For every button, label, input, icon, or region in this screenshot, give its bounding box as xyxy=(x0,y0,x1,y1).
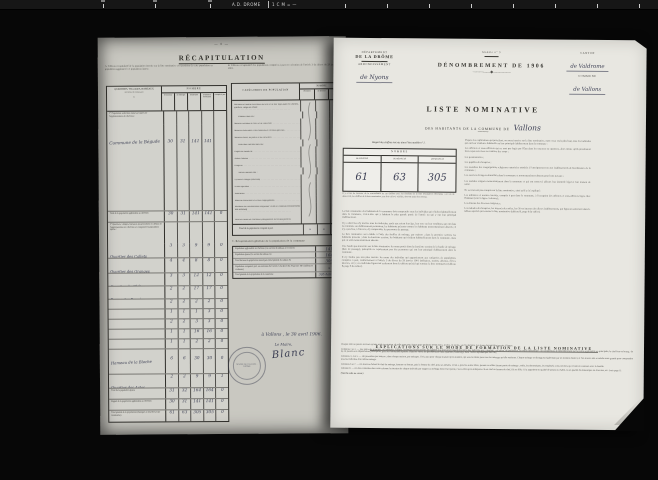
explications-body: Chaque nom ne pourra recevoir qu'une seu… xyxy=(341,344,633,378)
cell-value: 2 xyxy=(166,374,179,387)
category-row: Asiles d'aliénés xyxy=(232,158,300,161)
cell-value: 2 xyxy=(178,319,191,328)
cell-value: 305 xyxy=(204,410,217,421)
cell-value: 0 xyxy=(216,349,228,373)
cell-value: 4 xyxy=(178,258,191,272)
commune-label: COMMUNE xyxy=(551,75,623,79)
cell-value: 0 xyxy=(216,319,228,328)
section-c-row: Total général de la population de la com… xyxy=(233,272,342,277)
agglo-entry-name: Commune de la Bégude xyxy=(109,139,160,146)
ruler-tick xyxy=(639,4,640,8)
cell-value: 32 xyxy=(179,388,192,398)
ruler-tick xyxy=(597,4,598,8)
rappel-table: NOMBRE DE MAISONS DE MÉNAGES D'HABITANTS… xyxy=(342,148,456,193)
table-row: Ferme des Bruyères 2 2 17 17 0 xyxy=(108,286,227,300)
cell-value: 2 xyxy=(165,286,178,298)
cell-value: 3 xyxy=(191,319,204,328)
section2-label: 2° Quartiers, villages, hameaux (écarts)… xyxy=(108,222,165,243)
cell-value: 4 xyxy=(165,258,178,272)
section1-label: 1° Population renfermée dans les limites… xyxy=(107,111,164,124)
canton-commune-block: CANTON de Valdrome COMMUNE de Vallons xyxy=(551,52,623,97)
table-row: Quartier des Granges 4 4 8 8 0 xyxy=(108,258,227,274)
cell-value: 1 xyxy=(178,309,191,318)
table-a-subcol: population municipale xyxy=(201,93,214,110)
cell-value: 3 xyxy=(203,319,216,328)
departement-block: DÉPARTEMENT DE LA DRÔME ARRONDISSEMENT d… xyxy=(343,51,405,85)
table-row: Quartier des Aytes 2 2 9 9 1 xyxy=(109,374,228,389)
page-corner-cut-bottom xyxy=(614,397,644,431)
table-b-header: CATÉGORIES DE POPULATION NOMBRE d'hommes… xyxy=(232,83,343,101)
cell-value: 0 xyxy=(217,410,229,421)
section-c-label: Total formant la population municipale (… xyxy=(233,258,315,264)
category-row: Militaires et marins des armées de terre… xyxy=(232,104,300,112)
table-b-body: Militaires et marins des armées de terre… xyxy=(232,100,344,224)
rappel-agglo-label: Rappel de la population agglomérée au ch… xyxy=(109,399,166,409)
divider xyxy=(362,60,388,61)
table-b-total-row: Total de la population comptée à part » … xyxy=(233,223,344,235)
rappel-caption: Rappel des chiffres inscrits dans l'état… xyxy=(343,141,455,145)
ruler-tick xyxy=(345,4,346,8)
cell-value: 141 xyxy=(204,399,217,409)
category-row: Lycées et collèges (internats) xyxy=(233,179,301,182)
total-eparse-label: Total de la population éparse xyxy=(109,388,166,398)
category-row: Maisons d'arrêt, de justice et de correc… xyxy=(232,137,300,140)
cell-value: 164 xyxy=(204,388,217,398)
cell-value: 3 xyxy=(165,273,178,285)
list-line: Les pensionnaires ; xyxy=(465,155,591,159)
flourish-ornament: —————◆————— xyxy=(433,68,549,74)
cell-value: 1 xyxy=(191,309,204,318)
agglo-value: 31 xyxy=(177,124,190,210)
table-b-total-label: Total de la population comptée à part xyxy=(233,224,303,234)
section-c-label: Population agglomérée au chef-lieu (1re … xyxy=(233,246,315,252)
cell-value: 1 xyxy=(166,339,179,348)
paragraph: D'après les explications qui précèdent, … xyxy=(465,139,591,146)
cell-value: 9 xyxy=(204,374,217,387)
cell-value: 0 xyxy=(216,339,228,348)
total-agglo-label: Total de la population agglomérée au che… xyxy=(108,211,165,221)
cell-value: 2 xyxy=(166,319,179,328)
list-line: Les détenus des diverses catégories ; xyxy=(464,202,590,206)
cell-value: 3 xyxy=(178,243,191,257)
cell-value: 1 xyxy=(178,329,191,338)
total-agglo-value: 31 xyxy=(178,211,191,221)
total-agglo-value: 141 xyxy=(203,211,216,221)
ruler-tick xyxy=(513,4,514,8)
total-agglo-value: 141 xyxy=(190,211,203,221)
table-a-subcol: comptés à part xyxy=(214,93,226,110)
cell-value: 0 xyxy=(215,243,227,257)
table-a-subcol: de maisons xyxy=(162,93,175,110)
ruler-tick-label xyxy=(208,0,212,2)
table-row-rappel-agglo: Rappel de la population agglomérée au ch… xyxy=(109,399,228,411)
liste-title: LISTE NOMINATIVE xyxy=(426,104,539,114)
note-b: B. Tableau récapitulatif des populations… xyxy=(228,63,338,70)
rappel-col-header: DE MÉNAGES xyxy=(381,156,419,162)
agglo-value: 141 xyxy=(189,124,202,210)
ruler-tick xyxy=(429,4,430,8)
page-corner-cut-top xyxy=(634,39,648,49)
table-a-subcol: de ménages xyxy=(175,93,188,110)
list-line: Les malades des hospices, les internés d… xyxy=(464,207,590,214)
cell-value: 0 xyxy=(216,388,228,398)
canton-value: de Valdrome xyxy=(566,64,608,72)
table-row-total-agglo: Total de la population agglomérée au che… xyxy=(108,210,227,223)
agglo-value xyxy=(215,124,227,210)
section-c-title: C. Récapitulation générale de la populat… xyxy=(232,239,343,243)
list-line: Les officiers et sous-officiers qui ne s… xyxy=(465,147,591,154)
cell-value: 6 xyxy=(166,349,179,373)
table-a-subcol: d'individus xyxy=(188,93,201,110)
cell-value: 0 xyxy=(216,309,228,318)
cell-value: 2 xyxy=(179,374,192,387)
paragraph: Il n'y faudra pas non plus inscrire les … xyxy=(342,256,456,269)
cell-value: 1 xyxy=(216,374,228,387)
category-row: Séminaires xyxy=(233,193,301,196)
center-header-block: Modèle n° 9 DÉNOMBREMENT DE 1906 —————◆—… xyxy=(433,51,549,75)
table-b-total-value: » xyxy=(303,224,317,234)
cell-value: 17 xyxy=(191,286,204,298)
list-line: Les pupilles des hospices ; xyxy=(465,161,591,165)
eparse-name: Quartier des Aytes xyxy=(111,386,145,388)
cell-value: 12 xyxy=(203,273,216,285)
cell-value: 9 xyxy=(191,374,204,387)
scan-ruler-bar: A.D. DROME 1 C M = — xyxy=(0,0,658,10)
cell-value: 0 xyxy=(216,273,228,285)
cell-value: 2 xyxy=(178,286,191,298)
category-row: Écoles spéciales xyxy=(233,186,301,189)
cell-value: 2 xyxy=(166,299,179,308)
category-group: Détenus dans les : xyxy=(232,116,302,119)
table-b-subcol: de femmes xyxy=(315,89,330,99)
table-row-total-eparse: Total de la population éparse 31 32 164 … xyxy=(109,388,228,400)
cell-value: 9 xyxy=(190,243,203,257)
category-row: Maisons centrales de force et de correct… xyxy=(232,123,300,126)
cell-value: 2 xyxy=(191,299,204,308)
cell-value: 30 xyxy=(191,349,204,373)
liste-nominative-page: DÉPARTEMENT DE LA DRÔME ARRONDISSEMENT d… xyxy=(330,38,646,431)
total-agglo-value: 30 xyxy=(165,211,178,221)
table-a-col-subtitle: (sections de commune) xyxy=(107,91,161,94)
ruler-scale-label: 1 C M = — xyxy=(268,1,297,8)
departement-value: DE LA DRÔME xyxy=(344,54,406,60)
arrondissement-value: de Nyons xyxy=(356,74,393,83)
cell-value: 3 xyxy=(165,243,178,257)
cell-value: 2 xyxy=(204,339,217,348)
ruler-tick xyxy=(103,4,104,8)
cell-value: 2 xyxy=(191,339,204,348)
rappel-value-maisons: 61 xyxy=(343,163,381,191)
ruler-tick-label xyxy=(153,0,157,2)
ruler-tick-label xyxy=(101,0,105,2)
table-a-header: QUARTIERS, VILLAGES, HAMEAUX (sections d… xyxy=(107,86,226,112)
category-row: Maisons d'éducation et écoles congrégani… xyxy=(233,200,301,203)
section-c-table: Population agglomérée au chef-lieu (1re … xyxy=(232,245,343,278)
explications-footer: (Voir la suite au verso.) xyxy=(341,373,633,378)
commune-value: de Vallons xyxy=(569,87,605,95)
modele-label: Modèle n° 9 xyxy=(434,51,550,55)
list-line: Les membres des congrégations religieuse… xyxy=(465,166,591,173)
table-b: CATÉGORIES DE POPULATION NOMBRE d'hommes… xyxy=(231,82,345,236)
section-c-label: Total général de la population de la com… xyxy=(233,272,315,277)
paragraph: La liste nominative sera établie à l'aid… xyxy=(342,233,456,243)
category-group: Individus internés dans les : xyxy=(232,144,302,147)
total-agglo-value: 0 xyxy=(215,211,227,221)
eparse-name: Hameau de la Blache xyxy=(111,359,152,366)
list-line: Les malades soignés momentanément dans l… xyxy=(464,179,590,186)
cell-value: 3 xyxy=(203,309,216,318)
table-a: QUARTIERS, VILLAGES, HAMEAUX (sections d… xyxy=(106,85,229,423)
category-row: Membres des communautés religieuses viva… xyxy=(233,206,301,214)
category-row: Ouvriers réunis en chambrée (entrepreneu… xyxy=(233,218,301,224)
cell-value: 9 xyxy=(203,243,216,257)
agglo-value: 30 xyxy=(164,124,177,210)
total-general-label: Total général de la population (identiqu… xyxy=(109,410,166,421)
paragraph: Il ne faudra pas transcrire sur la liste… xyxy=(342,244,456,254)
cell-value: 2 xyxy=(203,299,216,308)
cell-value: 30 xyxy=(204,349,217,373)
date-line: à Vallons , le 30 avril 1906. xyxy=(240,332,344,338)
cell-value: 6 xyxy=(178,349,191,373)
rappel-col-header: DE MAISONS xyxy=(344,156,382,162)
cell-value: 0 xyxy=(217,399,229,409)
cell-value: 12 xyxy=(191,273,204,285)
cell-value: 17 xyxy=(203,286,216,298)
category-row: Hospices xyxy=(233,165,301,168)
eparse-name: Quartier des Granges xyxy=(110,270,149,273)
cell-value: 8 xyxy=(203,258,216,272)
table-a-col-num: 1 xyxy=(107,96,161,99)
cell-value: 0 xyxy=(216,299,228,308)
table-b-col-title: CATÉGORIES DE POPULATION xyxy=(232,83,300,99)
cell-value: 16 xyxy=(203,329,216,338)
ruler-tick xyxy=(471,4,472,8)
table-b-total-value: » xyxy=(316,224,330,234)
cell-value: 8 xyxy=(190,258,203,272)
table-row: Hameau de la Blache 6 6 30 30 0 xyxy=(109,349,228,375)
ruler-tick xyxy=(555,4,556,8)
note-a: A. Tableau récapitulatif de la populatio… xyxy=(105,64,213,71)
archive-name-label: A.D. DROME xyxy=(232,1,261,8)
cell-value: 0 xyxy=(216,329,228,338)
eparse-name: Quartier des Callets xyxy=(110,255,147,258)
rappel-value-habitants: 305 xyxy=(419,163,456,191)
table-a-name-col-header: QUARTIERS, VILLAGES, HAMEAUX (sections d… xyxy=(107,86,162,110)
maire-label: Le Maire, xyxy=(275,343,293,347)
rappel-col-header: D'HABITANTS xyxy=(419,156,456,162)
section-c-label: Population comptée à part, en exécution … xyxy=(233,264,315,272)
canton-label: CANTON xyxy=(552,52,624,56)
category-row: Maisons d'éducation correctionnelle et c… xyxy=(232,130,300,133)
arrondissement-label: ARRONDISSEMENT xyxy=(343,63,405,67)
cell-value: 2 xyxy=(178,299,191,308)
table-row: Quartier du Château 3 3 12 12 0 xyxy=(108,273,227,287)
cell-value: 305 xyxy=(191,410,204,421)
table-b-subcol: d'hommes xyxy=(300,89,315,99)
cell-value: 141 xyxy=(191,399,204,409)
cell-value: 63 xyxy=(179,410,192,421)
paragraph: Ne se trouvent pas compris sur la liste … xyxy=(464,188,590,192)
cell-value: 164 xyxy=(191,388,204,398)
cell-value: 0 xyxy=(216,286,228,298)
ruler-tick xyxy=(387,4,388,8)
category-group: Élèves internes des : xyxy=(233,172,303,175)
cell-value: 31 xyxy=(166,388,179,398)
table-row-section2: 2° Quartiers, villages, hameaux (écarts)… xyxy=(108,222,227,244)
ruler-tick xyxy=(155,4,156,8)
table-row-section1: 1° Population renfermée dans les limites… xyxy=(107,111,226,125)
agglo-value: 141 xyxy=(202,124,215,210)
left-column-text: La liste nominative des habitants de la … xyxy=(342,210,457,269)
cell-value: 1 xyxy=(166,309,179,318)
table-row-agglo: Commune de la Bégude 30 31 141 141 xyxy=(107,124,227,211)
rappel-value-menages: 63 xyxy=(381,163,419,191)
cell-value: 1 xyxy=(178,339,191,348)
category-row: Dépôts de mendicité xyxy=(232,151,300,154)
mayor-signature: Blanc xyxy=(271,347,305,361)
cell-value: 31 xyxy=(179,399,192,409)
ruler-tick xyxy=(210,4,211,8)
paragraph: Il y a donc lieu d'y inscrire tous les i… xyxy=(342,221,456,231)
cell-value: 1 xyxy=(166,329,179,338)
list-line: Les ouvriers étrangers domiciliés dans l… xyxy=(464,174,590,178)
mairie-stamp-text: MAIRIE DE VALLONS · DRÔME xyxy=(233,352,261,380)
cell-value: 0 xyxy=(216,258,228,272)
rappel-note: Il y a lieu de s'assurer de la concordan… xyxy=(342,193,454,199)
cell-value: 61 xyxy=(166,410,179,421)
table-row: Quartier des Callets 3 3 9 9 0 xyxy=(108,243,227,259)
cell-value: 16 xyxy=(191,329,204,338)
recapitulation-page: — 8 — RÉCAPITULATION A. Tableau récapitu… xyxy=(98,36,349,435)
mairie-stamp: MAIRIE DE VALLONS · DRÔME xyxy=(228,347,266,385)
paragraph: La liste nominative des habitants de la … xyxy=(342,210,456,220)
right-column-text: D'après les explications qui précèdent, … xyxy=(464,139,591,215)
table-row-total-general: Total général de la population (identiqu… xyxy=(109,410,228,422)
list-line: Les militaires et marins casernés, compt… xyxy=(464,194,590,201)
divider xyxy=(485,55,499,56)
section-c-label: Population éparse (2e section du tableau… xyxy=(233,252,315,258)
cell-value: 3 xyxy=(178,273,191,285)
cell-value: 30 xyxy=(166,399,179,409)
brace-marks xyxy=(302,100,321,220)
recap-title: RÉCAPITULATION xyxy=(179,54,265,65)
scanned-archive-view: A.D. DROME 1 C M = — — 8 — RÉCAPITULATIO… xyxy=(0,0,658,480)
